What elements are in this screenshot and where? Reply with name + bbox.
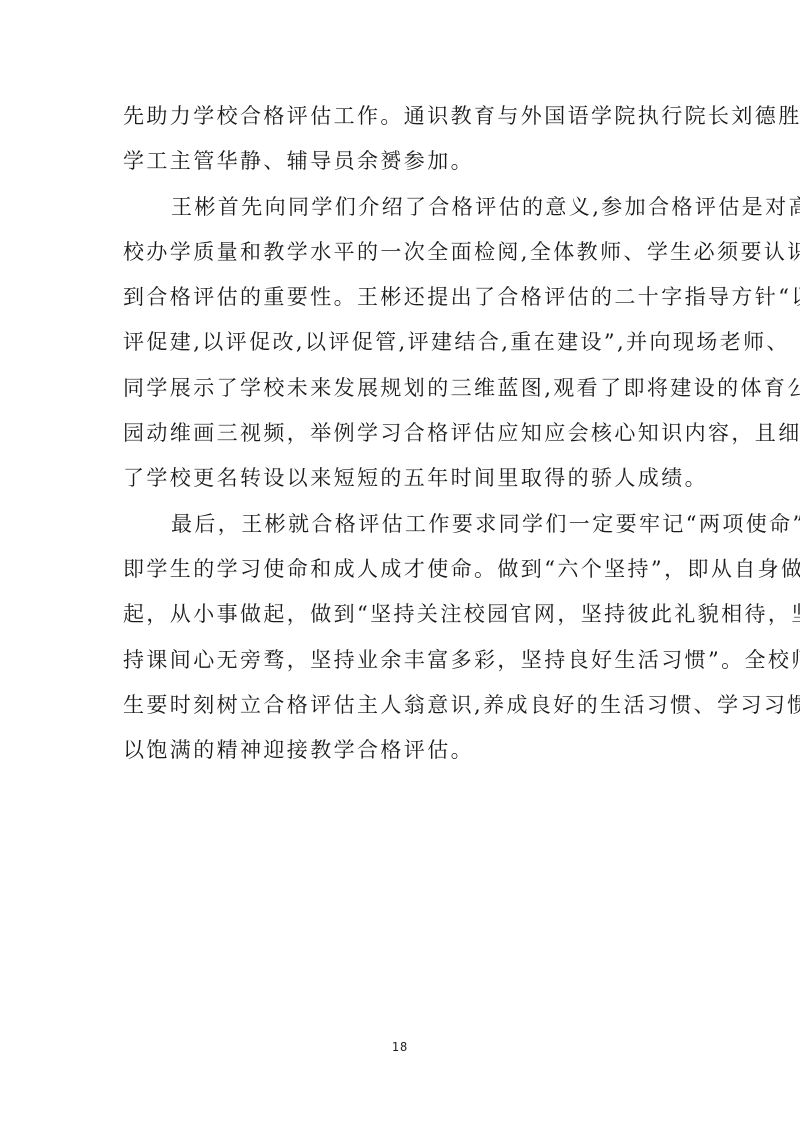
paragraph-3-line-2: 即学生的学习使命和成人成才使命。做到“六个坚持”，即从自身做 [123, 551, 679, 596]
paragraph-3-line-6: 以饱满的精神迎接教学合格评估。 [123, 732, 679, 777]
body-text: 先助力学校合格评估工作。通识教育与外国语学院执行院长刘德胜、 学工主管华静、辅导… [123, 98, 679, 777]
paragraph-2-line-2: 校办学质量和教学水平的一次全面检阅,全体教师、学生必须要认识 [123, 234, 679, 279]
paragraph-3-line-3: 起，从小事做起，做到“坚持关注校园官网，坚持彼此礼貌相待，坚 [123, 596, 679, 641]
paragraph-2-line-5: 同学展示了学校未来发展规划的三维蓝图,观看了即将建设的体育公 [123, 370, 679, 415]
paragraph-1-line-2: 学工主管华静、辅导员余赟参加。 [123, 143, 679, 188]
page-number: 18 [0, 1040, 800, 1054]
paragraph-3-line-4: 持课间心无旁骛，坚持业余丰富多彩，坚持良好生活习惯”。全校师 [123, 642, 679, 687]
paragraph-2-line-7: 了学校更名转设以来短短的五年时间里取得的骄人成绩。 [123, 460, 679, 505]
paragraph-2-line-6: 园动维画三视频，举例学习合格评估应知应会核心知识内容，且细数 [123, 415, 679, 460]
paragraph-3-line-1: 最后，王彬就合格评估工作要求同学们一定要牢记“两项使命”, [123, 506, 679, 551]
document-page: 先助力学校合格评估工作。通识教育与外国语学院执行院长刘德胜、 学工主管华静、辅导… [0, 0, 800, 1131]
paragraph-2-line-4: 评促建,以评促改,以评促管,评建结合,重在建设”,并向现场老师、 [123, 324, 679, 369]
paragraph-3-line-5: 生要时刻树立合格评估主人翁意识,养成良好的生活习惯、学习习惯, [123, 687, 679, 732]
paragraph-1-line-1: 先助力学校合格评估工作。通识教育与外国语学院执行院长刘德胜、 [123, 98, 679, 143]
paragraph-2-line-3: 到合格评估的重要性。王彬还提出了合格评估的二十字指导方针“以 [123, 279, 679, 324]
paragraph-2-line-1: 王彬首先向同学们介绍了合格评估的意义,参加合格评估是对高 [123, 189, 679, 234]
